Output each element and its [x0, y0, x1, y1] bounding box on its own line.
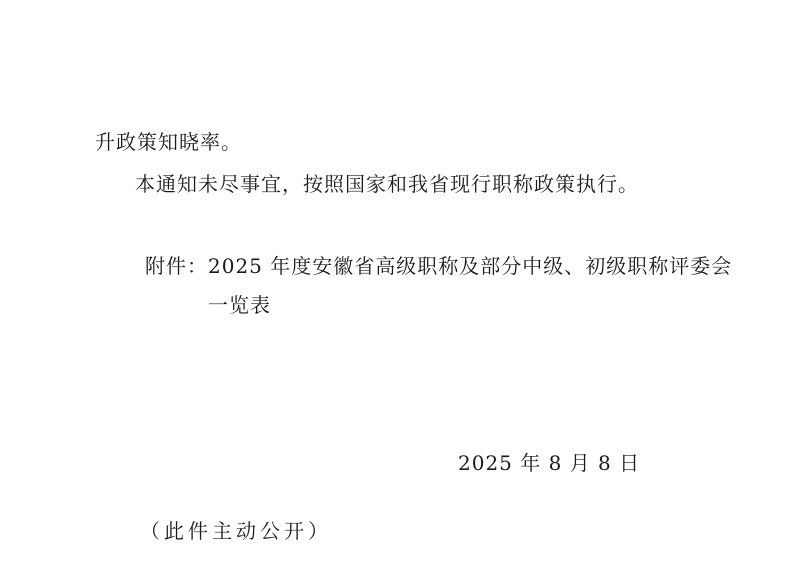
attachment-line: 附件：2025 年度安徽省高级职称及部分中级、初级职称评委会	[145, 253, 732, 279]
attachment-title-line1: 2025 年度安徽省高级职称及部分中级、初级职称评委会	[208, 254, 732, 278]
paragraph-policy-note: 本通知未尽事宜，按照国家和我省现行职称政策执行。	[135, 171, 639, 197]
attachment-label: 附件：	[145, 254, 208, 278]
issue-date: 2025 年 8 月 8 日	[458, 450, 640, 476]
attachment-title-line2: 一览表	[208, 292, 271, 318]
paragraph-continuation: 升政策知晓率。	[95, 129, 242, 155]
disclosure-note: （此件主动公开）	[140, 518, 332, 544]
